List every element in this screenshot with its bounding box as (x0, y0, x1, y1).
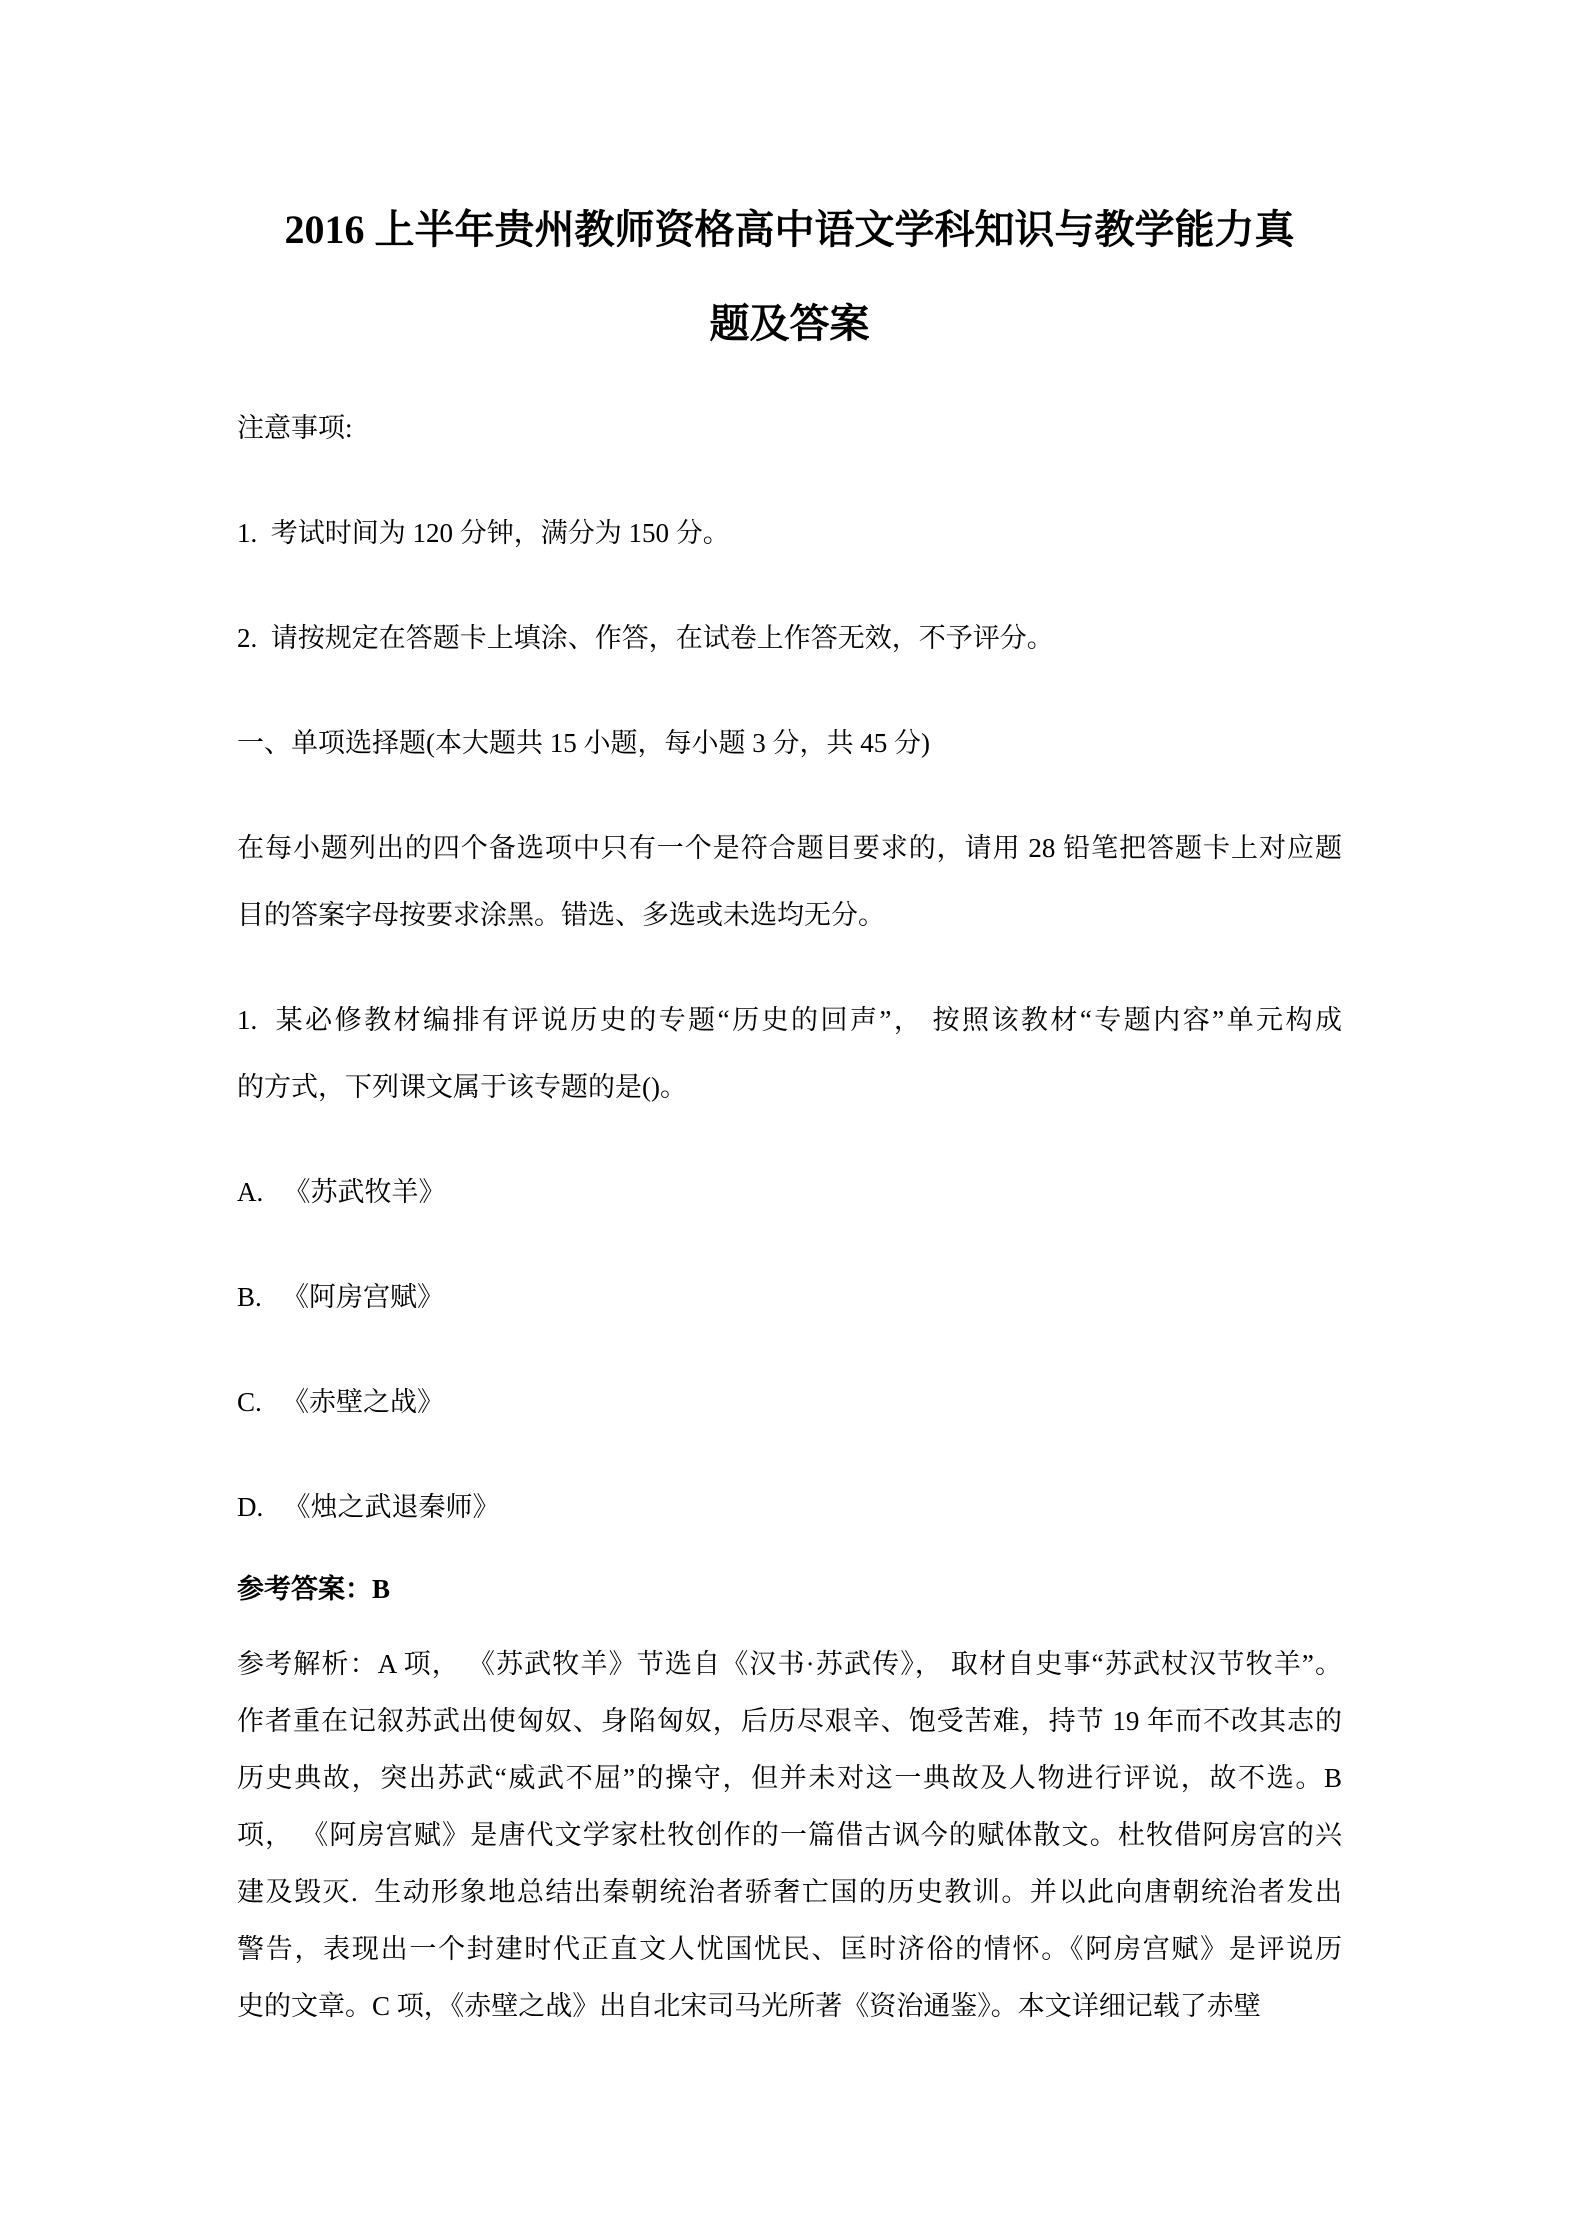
text-line: 参考解析：A 项， 《苏武牧羊》节选自《汉书·苏武传》， 取材自史事“苏武杖汉节… (237, 1636, 1342, 1693)
question-1: 1. 某必修教材编排有评说历史的专题“历史的回声”， 按照该教材“专题内容”单元… (237, 987, 1342, 1121)
text-line: 1. 某必修教材编排有评说历史的专题“历史的回声”， 按照该教材“专题内容”单元… (237, 987, 1342, 1054)
section-instructions: 在每小题列出的四个备选项中只有一个是符合题目要求的，请用 28 铅笔把答题卡上对… (237, 815, 1342, 949)
document-content: 2016 上半年贵州教师资格高中语文学科知识与教学能力真 题及答案 注意事项: … (237, 0, 1342, 2035)
notice-item-1: 1. 考试时间为 120 分钟，满分为 150 分。 (237, 500, 1342, 567)
text-line: 目的答案字母按要求涂黑。错选、多选或未选均无分。 (237, 882, 1342, 949)
answer-value: B (372, 1574, 390, 1604)
text-line: 历史典故，突出苏武“威武不屈”的操守，但并未对这一典故及人物进行评说，故不选。B (237, 1750, 1342, 1807)
answer-label: 参考答案： (237, 1574, 372, 1604)
option-d: D. 《烛之武退秦师》 (237, 1474, 1342, 1541)
text-line: 在每小题列出的四个备选项中只有一个是符合题目要求的，请用 28 铅笔把答题卡上对… (237, 815, 1342, 882)
notice-heading: 注意事项: (237, 395, 1342, 462)
notice-item-2: 2. 请按规定在答题卡上填涂、作答，在试卷上作答无效，不予评分。 (237, 605, 1342, 672)
text-line: 史的文章。C 项，《赤壁之战》出自北宋司马光所著《资治通鉴》。本文详细记载了赤壁 (237, 1978, 1342, 2035)
text-line: 作者重在记叙苏武出使匈奴、身陷匈奴，后历尽艰辛、饱受苦难，持节 19 年而不改其… (237, 1693, 1342, 1750)
doc-title-line-1: 2016 上半年贵州教师资格高中语文学科知识与教学能力真 (237, 183, 1342, 277)
option-a: A. 《苏武牧羊》 (237, 1159, 1342, 1226)
option-b: B. 《阿房宫赋》 (237, 1264, 1342, 1331)
text-line: 警告，表现出一个封建时代正直文人忧国忧民、匡时济俗的情怀。《阿房宫赋》是评说历 (237, 1921, 1342, 1978)
text-line: 项， 《阿房宫赋》是唐代文学家杜牧创作的一篇借古讽今的赋体散文。杜牧借阿房宫的兴 (237, 1807, 1342, 1864)
text-line: 的方式，下列课文属于该专题的是()。 (237, 1054, 1342, 1121)
analysis: 参考解析：A 项， 《苏武牧羊》节选自《汉书·苏武传》， 取材自史事“苏武杖汉节… (237, 1636, 1342, 2035)
document-page: 2016 上半年贵州教师资格高中语文学科知识与教学能力真 题及答案 注意事项: … (0, 0, 1580, 2236)
text-line: 建及毁灭. 生动形象地总结出秦朝统治者骄奢亡国的历史教训。并以此向唐朝统治者发出 (237, 1864, 1342, 1921)
option-c: C. 《赤壁之战》 (237, 1369, 1342, 1436)
doc-title: 2016 上半年贵州教师资格高中语文学科知识与教学能力真 题及答案 (237, 183, 1342, 371)
answer-line: 参考答案：B (237, 1556, 1342, 1623)
doc-title-line-2: 题及答案 (237, 277, 1342, 371)
section-heading: 一、单项选择题(本大题共 15 小题，每小题 3 分，共 45 分) (237, 710, 1342, 777)
